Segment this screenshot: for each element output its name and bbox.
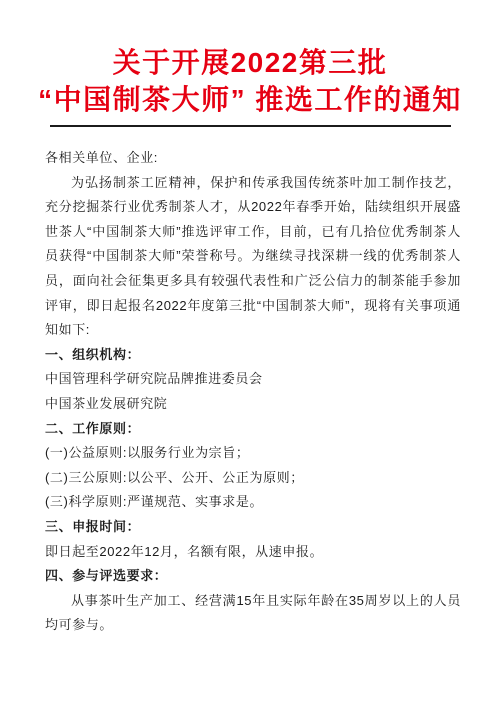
notice-title: 关于开展2022第三批 “中国制茶大师” 推选工作的通知 [0,0,500,118]
section-principles: 二、工作原则： (一)公益原则:以服务行业为宗旨； (二)三公原则:以公平、公开… [45,417,461,515]
section-heading: 四、参与评选要求： [45,564,461,589]
notice-body: 各相关单位、企业: 为弘扬制茶工匠精神，保护和传承我国传统茶叶加工制作技艺，充分… [45,146,461,638]
section-paragraph: 从事茶叶生产加工、经营满15年且实际年龄在35周岁以上的人员均可参与。 [45,589,461,638]
section-requirements: 四、参与评选要求： 从事茶叶生产加工、经营满15年且实际年龄在35周岁以上的人员… [45,564,461,638]
section-item: (二)三公原则:以公平、公开、公正为原则； [45,466,461,491]
section-item: 即日起至2022年12月，名额有限，从速申报。 [45,540,461,565]
section-item: (三)科学原则:严谨规范、实事求是。 [45,490,461,515]
section-heading: 三、申报时间： [45,515,461,540]
section-deadline: 三、申报时间： 即日起至2022年12月，名额有限，从速申报。 [45,515,461,564]
section-item: 中国茶业发展研究院 [45,392,461,417]
section-organization: 一、组织机构： 中国管理科学研究院品牌推进委员会 中国茶业发展研究院 [45,343,461,417]
salutation: 各相关单位、企业: [45,146,461,171]
intro-paragraph: 为弘扬制茶工匠精神，保护和传承我国传统茶叶加工制作技艺，充分挖掘茶行业优秀制茶人… [45,171,461,343]
section-heading: 二、工作原则： [45,417,461,442]
section-item: (一)公益原则:以服务行业为宗旨； [45,441,461,466]
section-item: 中国管理科学研究院品牌推进委员会 [45,367,461,392]
notice-title-line1: 关于开展2022第三批 [0,44,500,81]
notice-title-line2: “中国制茶大师” 推选工作的通知 [0,81,500,118]
title-divider [50,125,451,127]
section-heading: 一、组织机构： [45,343,461,368]
notice-document: 关于开展2022第三批 “中国制茶大师” 推选工作的通知 各相关单位、企业: 为… [0,0,500,706]
